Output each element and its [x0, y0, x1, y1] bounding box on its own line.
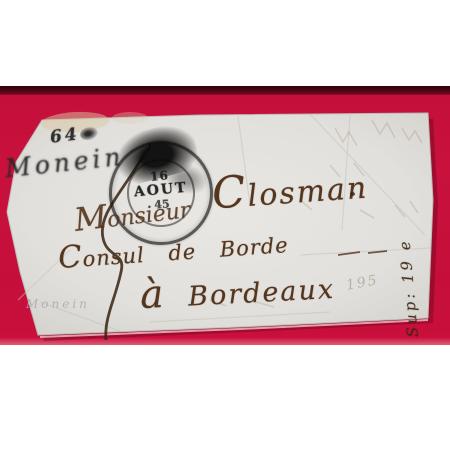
- ink-dot: [350, 192, 355, 196]
- album-top-shadow: [0, 86, 450, 95]
- department-number-mark: 64: [49, 124, 81, 147]
- pencil-collector-note: Monein: [26, 297, 90, 311]
- photo-of-postal-cover: 64 Monein 16 AOUT 45 Monsieur Closman Co…: [0, 0, 450, 450]
